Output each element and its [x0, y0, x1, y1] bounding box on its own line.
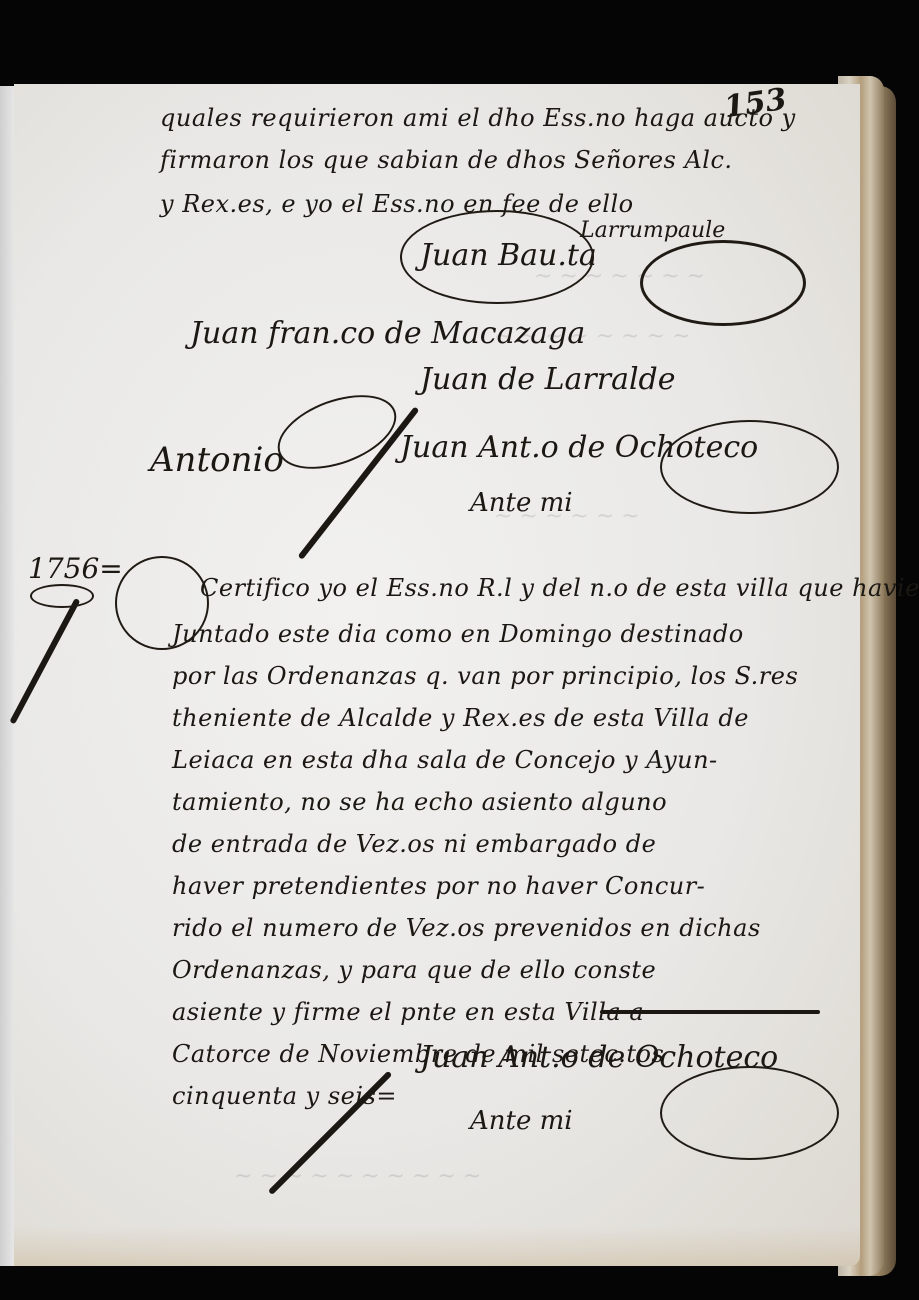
margin-flourish — [30, 584, 94, 608]
text-line: de entrada de Vez.os ni embargado de — [172, 830, 656, 858]
text-line: por las Ordenanzas q. van por principio,… — [172, 662, 798, 690]
signature-flourish — [400, 210, 594, 304]
text-line: firmaron los que sabian de dhos Señores … — [160, 146, 733, 174]
text-line: Certifico yo el Ess.no R.l y del n.o de … — [200, 574, 919, 602]
signature: Juan fran.co de Macazaga — [190, 316, 585, 351]
text-line: Ordenanzas, y para que de ello conste — [172, 956, 656, 984]
facing-page-edge — [0, 86, 15, 1266]
signature: Ante mi — [470, 1106, 573, 1136]
signature-flourish — [640, 240, 806, 326]
text-line: tamiento, no se ha echo asiento alguno — [172, 788, 667, 816]
text-line: asiente y firme el pnte en esta Villa a — [172, 998, 644, 1026]
pen-stroke — [600, 1010, 820, 1014]
text-line: quales requirieron ami el dho Ess.no hag… — [160, 104, 796, 132]
text-line: Juntado este dia como en Domingo destina… — [172, 620, 744, 648]
text-line: Leiaca en esta dha sala de Concejo y Ayu… — [172, 746, 718, 774]
signature: Juan de Larralde — [420, 362, 676, 397]
signature-flourish — [660, 420, 839, 514]
signature: Antonio — [150, 440, 284, 480]
text-line: y Rex.es, e yo el Ess.no en fee de ello — [160, 190, 634, 218]
signature: Ante mi — [470, 488, 573, 518]
text-line: haver pretendientes por no haver Concur- — [172, 872, 705, 900]
text-line: theniente de Alcalde y Rex.es de esta Vi… — [172, 704, 749, 732]
text-line: rido el numero de Vez.os prevenidos en d… — [172, 914, 761, 942]
bleed-through-text: ~ ~ ~ ~ ~ ~ ~ ~ ~ ~ — [234, 1164, 481, 1189]
margin-year: 1756= — [28, 552, 123, 585]
signature-flourish — [660, 1066, 839, 1160]
signature: Larrumpaule — [580, 218, 725, 243]
